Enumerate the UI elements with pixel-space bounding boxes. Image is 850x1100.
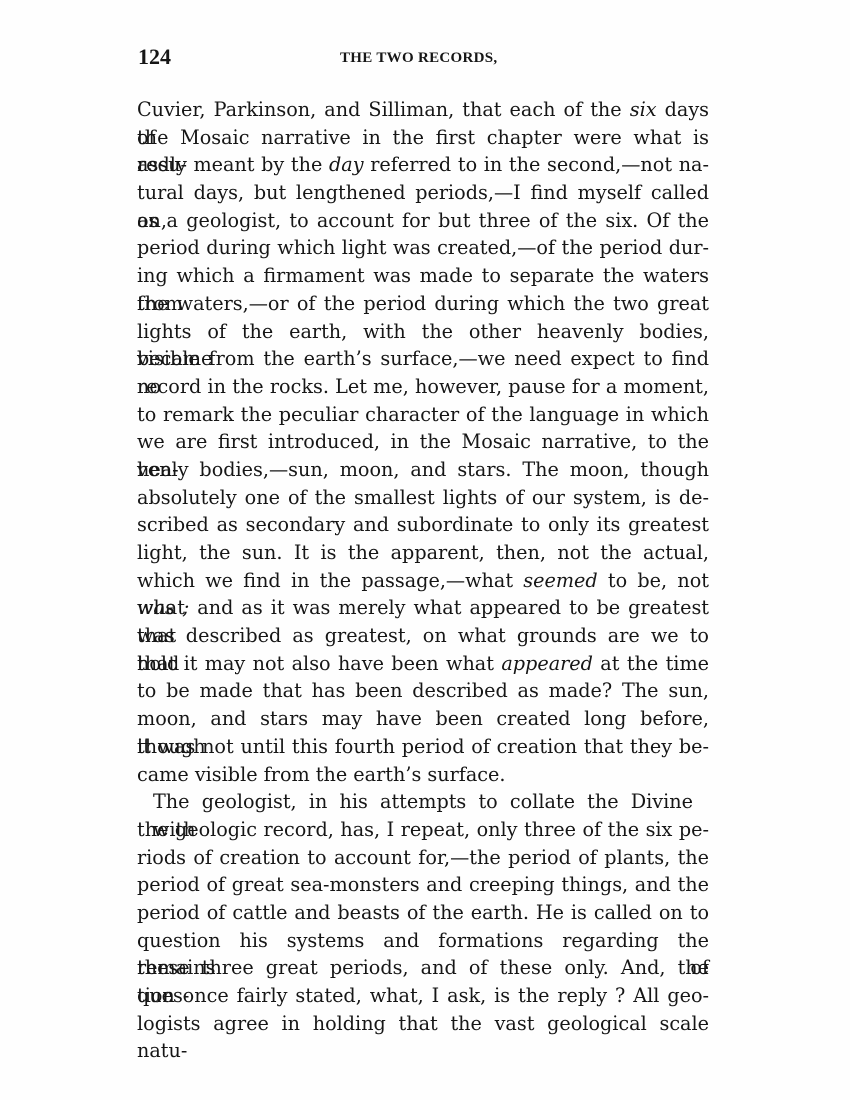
running-title: THE TWO RECORDS, — [340, 48, 497, 68]
text-line-content: logists agree in holding that the vast g… — [137, 1010, 709, 1065]
text-line: to remark the peculiar character of the … — [137, 401, 709, 429]
text-line: The geologist, in his attempts to collat… — [137, 788, 709, 816]
text-line-content: came visible from the earth’s surface. — [137, 761, 709, 789]
text-line: absolutely one of the smallest lights of… — [137, 484, 709, 512]
italic-text: appeared — [501, 652, 593, 675]
text-line: to be made that has been described as ma… — [137, 677, 709, 705]
text-run: redly meant by the — [137, 153, 329, 176]
text-line: moon, and stars may have been created lo… — [137, 705, 709, 733]
text-run: to be made that has been described as ma… — [137, 679, 709, 702]
text-run: period of great sea-monsters and creepin… — [137, 873, 709, 896]
text-line: scribed as secondary and subordinate to … — [137, 511, 709, 539]
text-line-content: to remark the peculiar character of the … — [137, 401, 709, 429]
text-line-content: tion once fairly stated, what, I ask, is… — [137, 982, 709, 1010]
text-run: to remark the peculiar character of the … — [137, 403, 709, 426]
text-line: riods of creation to account for,—the pe… — [137, 844, 709, 872]
text-run: absolutely one of the smallest lights of… — [137, 486, 709, 509]
text-line: venly bodies,—sun, moon, and stars. The … — [137, 456, 709, 484]
text-line: the Mosaic narrative in the first chapte… — [137, 124, 709, 152]
text-line: visible from the earth’s surface,—we nee… — [137, 345, 709, 373]
text-line: these three great periods, and of these … — [137, 954, 709, 982]
italic-text: six — [630, 98, 657, 121]
text-run: light, the sun. It is the apparent, then… — [137, 541, 709, 564]
running-head: 124 THE TWO RECORDS, — [138, 44, 710, 70]
text-line-content: the geologic record, has, I repeat, only… — [137, 816, 709, 844]
text-line: logists agree in holding that the vast g… — [137, 1010, 709, 1038]
text-run: the geologic record, has, I repeat, only… — [137, 818, 709, 841]
text-line: question his systems and formations rega… — [137, 927, 709, 955]
text-line-content: venly bodies,—sun, moon, and stars. The … — [137, 456, 709, 484]
text-line-content: scribed as secondary and subordinate to … — [137, 511, 709, 539]
text-line: Cuvier, Parkinson, and Silliman, that ea… — [137, 96, 709, 124]
text-line-content: period of cattle and beasts of the earth… — [137, 899, 709, 927]
text-line-content: period of great sea-monsters and creepin… — [137, 871, 709, 899]
text-run: which we find in the passage,—what — [137, 569, 523, 592]
text-line: that it may not also have been what appe… — [137, 650, 709, 678]
text-line-content: riods of creation to account for,—the pe… — [137, 844, 709, 872]
text-line: period of cattle and beasts of the earth… — [137, 899, 709, 927]
text-run: that it may not also have been what — [137, 652, 501, 675]
text-line: light, the sun. It is the apparent, then… — [137, 539, 709, 567]
text-line: ing which a firmament was made to separa… — [137, 262, 709, 290]
text-run: record in the rocks. Let me, however, pa… — [137, 375, 709, 398]
text-line: came visible from the earth’s surface. — [137, 761, 709, 789]
text-line: the waters,—or of the period during whic… — [137, 290, 709, 318]
text-line: redly meant by the day referred to in th… — [137, 151, 709, 179]
text-line: tion once fairly stated, what, I ask, is… — [137, 982, 709, 1010]
text-line: period of great sea-monsters and creepin… — [137, 871, 709, 899]
paragraph: Cuvier, Parkinson, and Silliman, that ea… — [137, 96, 709, 788]
text-run: came visible from the earth’s surface. — [137, 763, 506, 786]
text-run: scribed as secondary and subordinate to … — [137, 513, 709, 536]
text-line: it was not until this fourth period of c… — [137, 733, 709, 761]
text-line: lights of the earth, with the other heav… — [137, 318, 709, 346]
text-line: tural days, but lengthened periods,—I fi… — [137, 179, 709, 207]
text-line-content: to be made that has been described as ma… — [137, 677, 709, 705]
text-run: period during which light was created,—o… — [137, 236, 709, 259]
text-run: the waters,—or of the period during whic… — [137, 292, 709, 315]
text-line-content: period during which light was created,—o… — [137, 234, 709, 262]
text-line: the geologic record, has, I repeat, only… — [137, 816, 709, 844]
body-text: Cuvier, Parkinson, and Silliman, that ea… — [137, 96, 709, 1037]
text-line: was ; and as it was merely what appeared… — [137, 594, 709, 622]
text-run: Cuvier, Parkinson, and Silliman, that ea… — [137, 98, 630, 121]
text-run: logists agree in holding that the vast g… — [137, 1012, 709, 1063]
text-line-content: record in the rocks. Let me, however, pa… — [137, 373, 709, 401]
text-line-content: light, the sun. It is the apparent, then… — [137, 539, 709, 567]
text-line-content: as a geologist, to account for but three… — [137, 207, 709, 235]
text-run: venly bodies,—sun, moon, and stars. The … — [137, 458, 709, 481]
text-run: tion once fairly stated, what, I ask, is… — [137, 984, 709, 1007]
text-line: we are first introduced, in the Mosaic n… — [137, 428, 709, 456]
page-number: 124 — [138, 44, 171, 70]
text-line: period during which light was created,—o… — [137, 234, 709, 262]
text-run: riods of creation to account for,—the pe… — [137, 846, 709, 869]
text-line-content: it was not until this fourth period of c… — [137, 733, 709, 761]
text-line: record in the rocks. Let me, however, pa… — [137, 373, 709, 401]
italic-text: was ; — [137, 596, 189, 619]
text-run: as a geologist, to account for but three… — [137, 209, 709, 232]
text-line-content: the waters,—or of the period during whic… — [137, 290, 709, 318]
text-line-content: absolutely one of the smallest lights of… — [137, 484, 709, 512]
text-run: at the time — [593, 652, 709, 675]
text-run: referred to in the second,—not na- — [364, 153, 709, 176]
italic-text: seemed — [523, 569, 597, 592]
text-line: which we find in the passage,—what seeme… — [137, 567, 709, 595]
text-line: as a geologist, to account for but three… — [137, 207, 709, 235]
text-line: was described as greatest, on what groun… — [137, 622, 709, 650]
book-page: 124 THE TWO RECORDS, Cuvier, Parkinson, … — [0, 0, 850, 1100]
text-run: it was not until this fourth period of c… — [137, 735, 709, 758]
paragraph: The geologist, in his attempts to collat… — [137, 788, 709, 1037]
text-line-content: redly meant by the day referred to in th… — [137, 151, 709, 179]
text-line-content: that it may not also have been what appe… — [137, 650, 709, 678]
italic-text: day — [329, 153, 364, 176]
text-run: period of cattle and beasts of the earth… — [137, 901, 709, 924]
